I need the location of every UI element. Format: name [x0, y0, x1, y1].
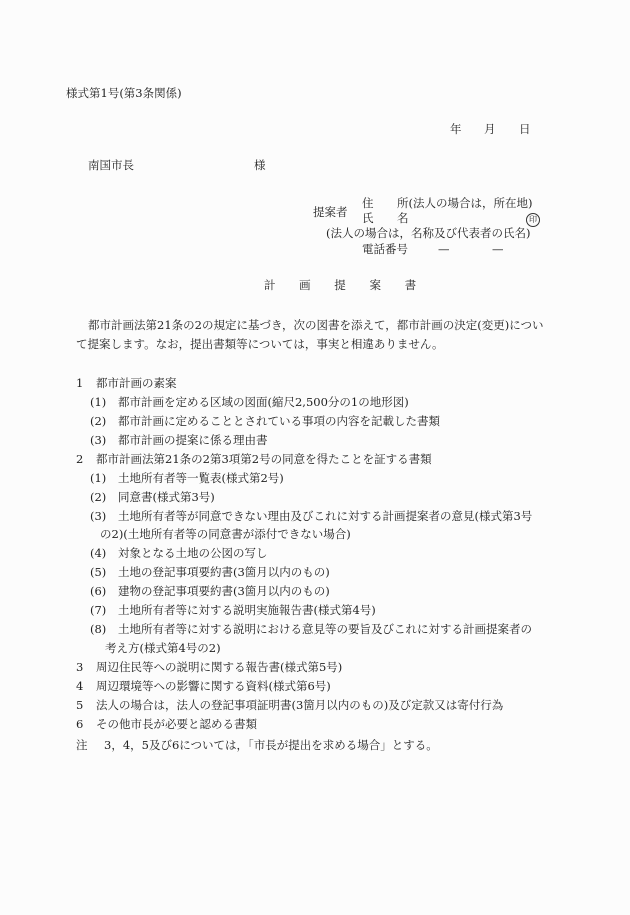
list-item-text: 建物の登記事項要約書(3箇月以内のもの): [118, 584, 330, 598]
list-item-text: 都市計画に定めることとされている事項の内容を記載した書類: [118, 414, 440, 428]
list-item-number: 5: [76, 698, 83, 712]
list-item-text: 土地所有者等が同意できない理由及びこれに対する計画提案者の意見(様式第3号: [118, 509, 532, 523]
list-item-number: 3: [76, 660, 83, 674]
phone-separator-2: —: [492, 242, 504, 256]
seal-icon: 印: [526, 213, 540, 227]
name-label-1: 氏: [362, 211, 374, 225]
list-item-number: 1: [76, 376, 83, 390]
list-item-number: 6: [76, 717, 83, 731]
list-item-text: 同意書(様式第3号): [118, 490, 215, 504]
note-text: 3，4，5及び6については，「市長が提出を求める場合」とする。: [104, 738, 438, 752]
list-item-number: (6): [90, 584, 106, 598]
list-item-text: 土地所有者等に対する説明における意見等の要旨及びこれに対する計画提案者の: [118, 622, 532, 636]
list-item-text: 法人の場合は，法人の登記事項証明書(3箇月以内のもの)及び定款又は寄付行為: [96, 698, 503, 712]
document-title: 計 画 提 案 書: [264, 278, 426, 292]
addressee-honorific: 様: [254, 158, 266, 172]
proposer-label: 提案者: [313, 205, 348, 219]
list-item-number: (7): [90, 603, 106, 617]
list-item-text: 都市計画の提案に係る理由書: [118, 433, 268, 447]
list-item-text: 土地所有者等に対する説明実施報告書(様式第4号): [118, 603, 376, 617]
name-label-2: 名: [397, 211, 409, 225]
form-id: 様式第1号(第3条関係): [66, 86, 182, 100]
list-item-text: 土地所有者等一覧表(様式第2号): [118, 471, 284, 485]
list-item-number: (2): [90, 490, 106, 504]
list-item-text: 都市計画の素案: [96, 376, 177, 390]
list-item-text: の2)(土地所有者等の同意書が添付できない場合): [100, 527, 351, 541]
date-month: 月: [484, 122, 496, 136]
date-day: 日: [519, 122, 531, 136]
list-item-text: 考え方(様式第4号の2): [105, 641, 221, 655]
list-item-text: 都市計画を定める区域の図面(縮尺2,500分の1の地形図): [118, 395, 409, 409]
list-item-number: (5): [90, 565, 106, 579]
list-item-text: 対象となる土地の公図の写し: [118, 546, 268, 560]
list-item-text: その他市長が必要と認める書類: [96, 717, 257, 731]
list-item-number: (3): [90, 509, 106, 523]
list-item-text: 土地の登記事項要約書(3箇月以内のもの): [118, 565, 330, 579]
list-item-number: (1): [90, 471, 106, 485]
list-item-number: 2: [76, 452, 83, 466]
address-label-1: 住: [362, 196, 374, 210]
address-label-2: 所(法人の場合は，所在地): [397, 196, 532, 210]
list-item-text: 都市計画法第21条の2第3項第2号の同意を得たことを証する書類: [96, 452, 432, 466]
intro-line-1: 都市計画法第21条の2の規定に基づき，次の図書を添えて，都市計画の決定(変更)に…: [88, 318, 544, 332]
list-item-number: (3): [90, 433, 106, 447]
list-item-number: (4): [90, 546, 106, 560]
corporate-note: (法人の場合は，名称及び代表者の氏名): [326, 226, 530, 240]
date-year: 年: [450, 122, 462, 136]
note-label: 注: [76, 738, 88, 752]
list-item-text: 周辺環境等への影響に関する資料(様式第6号): [96, 679, 331, 693]
list-item-number: 4: [76, 679, 83, 693]
list-item-number: (2): [90, 414, 106, 428]
addressee-name: 南国市長: [88, 158, 134, 172]
list-item-number: (8): [90, 622, 106, 636]
phone-label: 電話番号: [362, 242, 408, 256]
list-item-number: (1): [90, 395, 106, 409]
list-item-text: 周辺住民等への説明に関する報告書(様式第5号): [96, 660, 342, 674]
seal-mark: 印: [526, 211, 540, 227]
intro-line-2: て提案します。なお，提出書類等については，事実と相違ありません。: [76, 337, 444, 351]
phone-separator-1: —: [438, 242, 450, 256]
